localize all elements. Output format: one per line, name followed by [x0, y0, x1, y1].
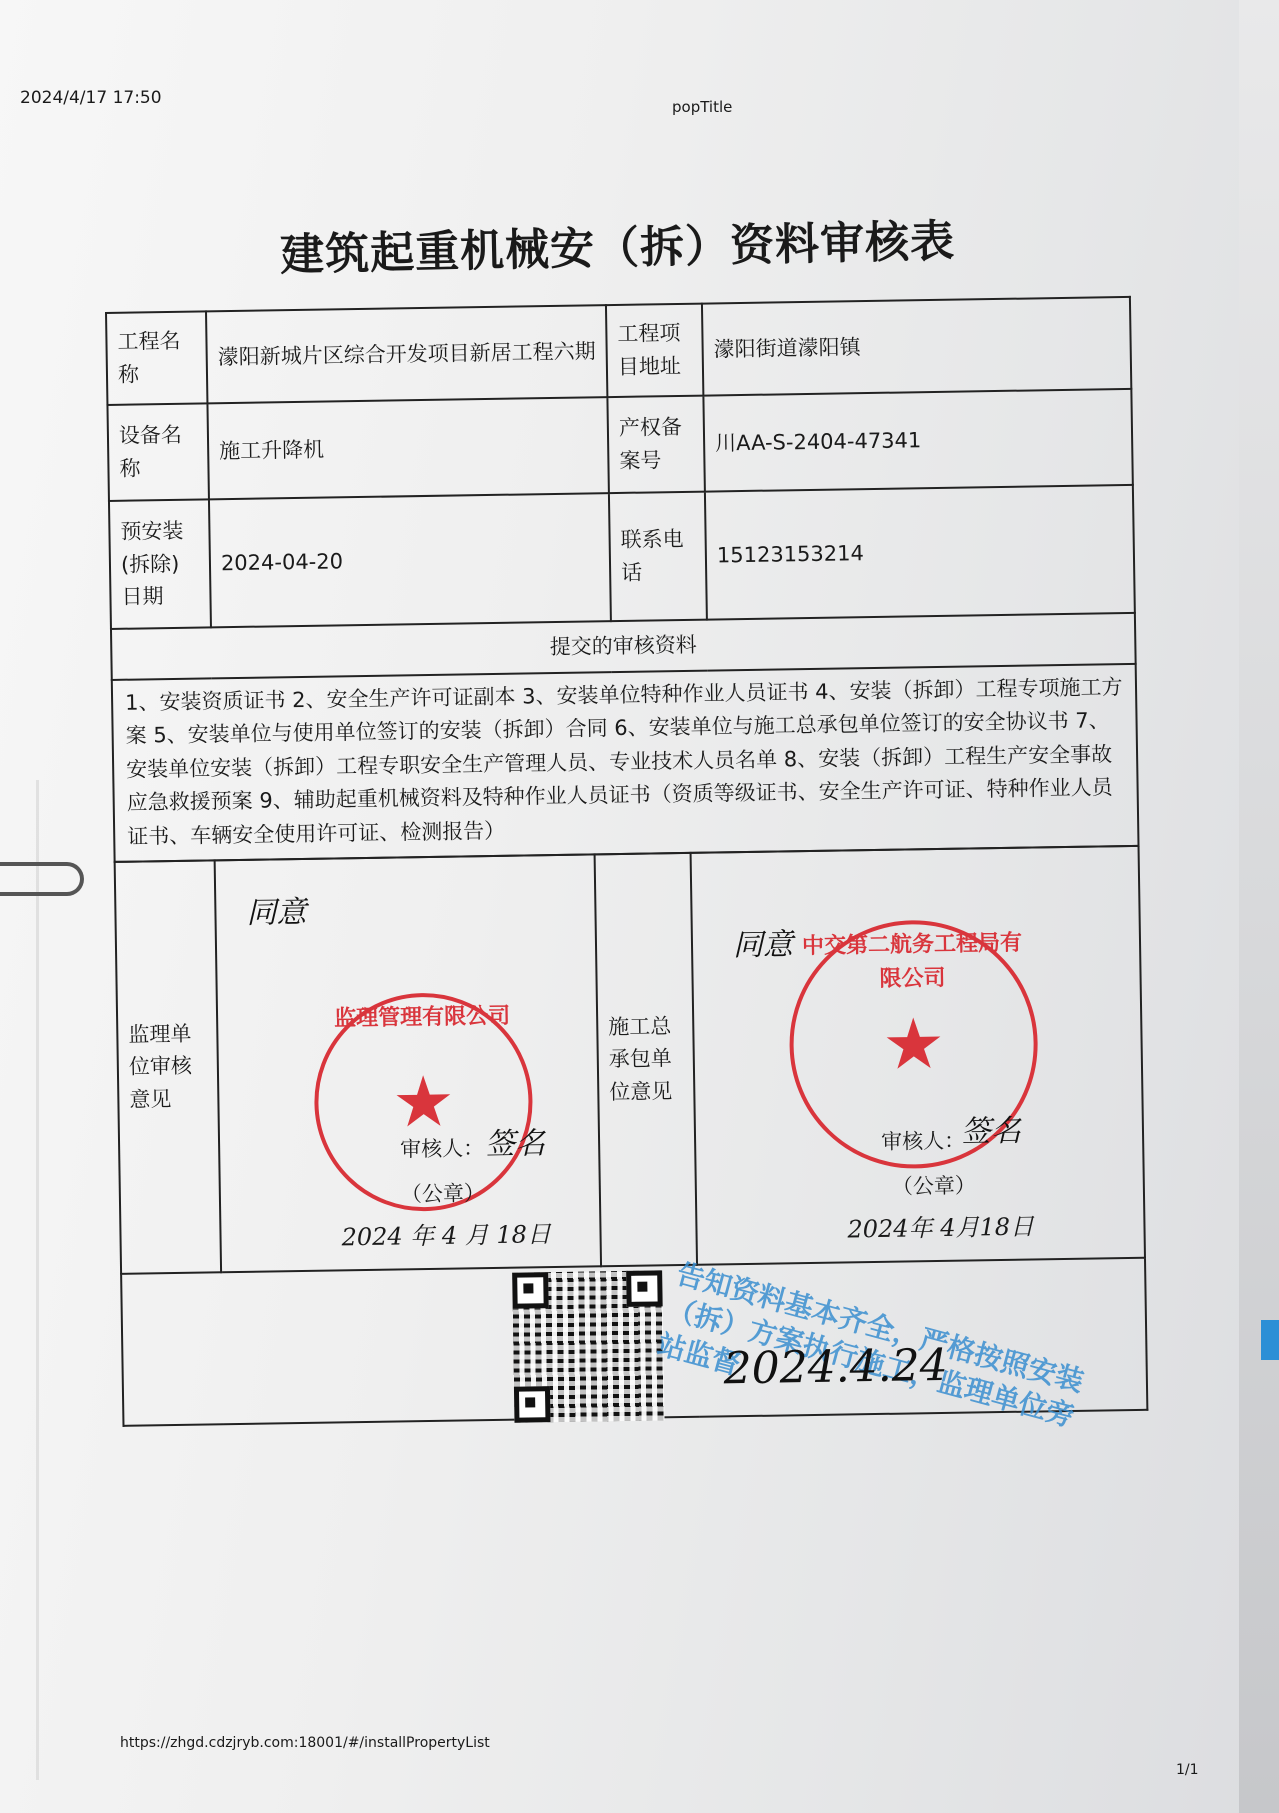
- supervision-seal-label: （公章）: [401, 1177, 486, 1211]
- stamp-text: 监理管理有限公司: [317, 999, 528, 1036]
- form-title: 建筑起重机械安（拆）资料审核表: [279, 205, 955, 283]
- label-supervision-opinion: 监理单位审核意见: [115, 860, 221, 1274]
- table-row: 告知资料基本齐全，严格按照安装（拆）方案执行施工，监理单位旁站监督 2024.4…: [121, 1257, 1147, 1425]
- supervision-date: 2024 年 4 月 18日: [341, 1216, 551, 1256]
- qr-code: [512, 1270, 664, 1422]
- star-icon: ★: [881, 989, 945, 1098]
- label-install-date: 预安装(拆除)日期: [109, 499, 211, 629]
- label-project-address: 工程项目地址: [606, 304, 703, 397]
- page-fold: [36, 780, 39, 1780]
- print-footer-url: https://zhgd.cdzjryb.com:18001/#/install…: [120, 1735, 490, 1751]
- background-paper-edge: [1239, 0, 1279, 1813]
- print-page-title: popTitle: [672, 98, 732, 116]
- contractor-seal-label: （公章）: [892, 1169, 977, 1203]
- label-equipment-name: 设备名称: [107, 403, 208, 501]
- value-project-name: 濛阳新城片区综合开发项目新居工程六期: [206, 305, 607, 403]
- table-row: 1、安装资质证书 2、安全生产许可证副本 3、安装单位特种作业人员证书 4、安装…: [112, 663, 1139, 861]
- materials-list: 1、安装资质证书 2、安全生产许可证副本 3、安装单位特种作业人员证书 4、安装…: [112, 663, 1139, 861]
- label-contractor-opinion: 施工总承包单位意见: [595, 852, 697, 1265]
- info-table: 工程名称 濛阳新城片区综合开发项目新居工程六期 工程项目地址 濛阳街道濛阳镇 设…: [105, 296, 1140, 863]
- handwritten-date: 2024.4.24: [723, 1331, 948, 1403]
- print-timestamp: 2024/4/17 17:50: [20, 88, 162, 108]
- supervision-handwritten-opinion: 同意: [246, 889, 307, 936]
- bottom-cell: 告知资料基本齐全，严格按照安装（拆）方案执行施工，监理单位旁站监督 2024.4…: [121, 1257, 1147, 1425]
- contractor-reviewer-signature: 签名: [961, 1108, 1022, 1155]
- label-contact-phone: 联系电话: [609, 492, 707, 621]
- table-row: 工程名称 濛阳新城片区综合开发项目新居工程六期 工程项目地址 濛阳街道濛阳镇: [106, 297, 1131, 405]
- table-row: 监理单位审核意见 同意 监理管理有限公司 ★ 审核人： 签名 （公章） 2024…: [115, 845, 1145, 1273]
- value-contact-phone: 15123153214: [705, 485, 1135, 620]
- contractor-opinion-cell: 同意 中交第二航务工程局有限公司 ★ 审核人： 签名 （公章） 2024年 4月…: [691, 845, 1145, 1264]
- opinion-table: 监理单位审核意见 同意 监理管理有限公司 ★ 审核人： 签名 （公章） 2024…: [114, 844, 1149, 1426]
- label-registration-no: 产权备案号: [607, 396, 704, 493]
- paper-clip-icon: [0, 862, 84, 896]
- background-blue-tab: [1261, 1320, 1279, 1360]
- review-form: 工程名称 濛阳新城片区综合开发项目新居工程六期 工程项目地址 濛阳街道濛阳镇 设…: [105, 296, 1148, 1426]
- contractor-handwritten-opinion: 同意: [733, 922, 794, 969]
- contractor-date: 2024年 4月18日: [847, 1208, 1034, 1248]
- label-project-name: 工程名称: [106, 311, 207, 405]
- value-registration-no: 川AA-S-2404-47341: [703, 389, 1132, 492]
- document-page: 2024/4/17 17:50 popTitle 建筑起重机械安（拆）资料审核表…: [0, 0, 1262, 1813]
- supervision-reviewer-label: 审核人：: [400, 1132, 485, 1166]
- supervision-opinion-cell: 同意 监理管理有限公司 ★ 审核人： 签名 （公章） 2024 年 4 月 18…: [215, 854, 601, 1272]
- table-row: 预安装(拆除)日期 2024-04-20 联系电话 15123153214: [109, 485, 1135, 629]
- value-install-date: 2024-04-20: [209, 493, 611, 627]
- value-project-address: 濛阳街道濛阳镇: [702, 297, 1131, 396]
- print-page-number: 1/1: [1176, 1762, 1199, 1778]
- table-row: 设备名称 施工升降机 产权备案号 川AA-S-2404-47341: [107, 389, 1132, 501]
- value-equipment-name: 施工升降机: [207, 397, 608, 499]
- contractor-reviewer-label: 审核人：: [881, 1124, 966, 1158]
- stamp-text: 中交第二航务工程局有限公司: [792, 926, 1033, 998]
- supervision-reviewer-signature: 签名: [485, 1121, 546, 1168]
